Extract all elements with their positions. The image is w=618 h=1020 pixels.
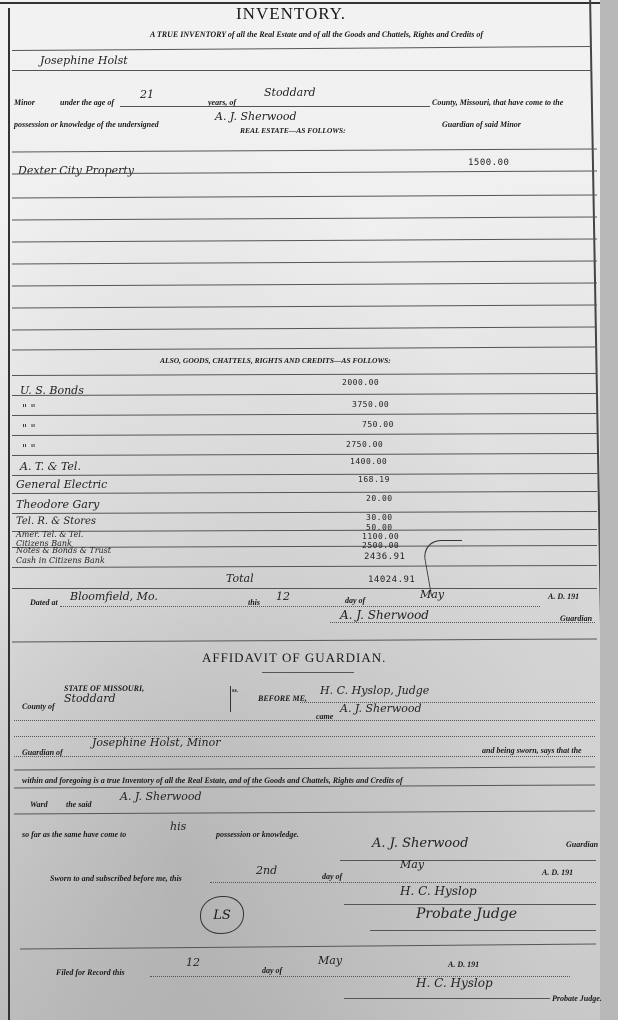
rule	[12, 588, 597, 589]
affidavit-guardian-signature: A. J. Sherwood	[372, 836, 468, 851]
total-value: 14024.91	[368, 575, 415, 585]
county-value: Stoddard	[264, 86, 316, 99]
ward-value: A. J. Sherwood	[120, 790, 202, 803]
dated-month: May	[420, 588, 444, 601]
rule	[12, 413, 597, 416]
goods-item-value: 168.19	[358, 475, 390, 484]
goods-item-value: 1400.00	[350, 457, 387, 466]
rule	[340, 860, 596, 861]
goods-item-description: " "	[22, 402, 36, 415]
goods-item-value: 2000.00	[342, 378, 379, 387]
scan-edge	[600, 0, 618, 1020]
rule	[12, 529, 597, 532]
rule	[12, 393, 597, 396]
goods-item-description: Theodore Gary	[16, 498, 99, 511]
filed-record-label: Filed for Record this	[56, 968, 125, 977]
section-divider	[20, 943, 596, 949]
rule	[12, 46, 592, 51]
ss-label: ss.	[232, 688, 238, 694]
sworn-month: May	[400, 858, 424, 871]
the-said-label: the said	[66, 800, 92, 809]
goods-heading: ALSO, GOODS, CHATTELS, RIGHTS AND CREDIT…	[160, 356, 391, 365]
judge-title: Probate Judge	[416, 906, 517, 922]
rule	[344, 904, 596, 905]
came-value: A. J. Sherwood	[340, 702, 422, 715]
filed-day: 12	[186, 956, 200, 969]
goods-item-description: " "	[22, 442, 36, 455]
dotted-rule	[60, 606, 540, 607]
judge-signature: H. C. Hyslop	[400, 884, 477, 898]
day-of-label: day of	[345, 596, 365, 605]
sworn-ad-label: A. D. 191	[542, 868, 573, 877]
goods-item-value: 2500.00	[362, 541, 399, 550]
rule	[12, 260, 597, 264]
goods-item-value: 30.00	[366, 513, 393, 522]
filed-day-of-label: day of	[262, 966, 282, 975]
rule	[12, 304, 597, 308]
section-divider	[12, 638, 597, 642]
intro-text: A TRUE INVENTORY of all the Real Estate …	[150, 30, 483, 39]
rule	[12, 511, 597, 514]
guardian-name: A. J. Sherwood	[215, 110, 297, 123]
goods-item-value: 2750.00	[346, 440, 383, 449]
goods-item-description: A. T. & Tel.	[20, 460, 81, 473]
goods-item-description: " "	[22, 422, 36, 435]
county-missouri-label: County, Missouri, that have come to the	[432, 98, 563, 107]
rule	[12, 282, 597, 286]
filed-month: May	[318, 954, 342, 967]
goods-item-value: 2436.91	[364, 552, 405, 562]
so-far-text: so far as the same have come to	[22, 830, 126, 839]
real-estate-value: 1500.00	[468, 158, 509, 168]
rule	[12, 194, 597, 198]
goods-item-value: 750.00	[362, 420, 394, 429]
sworn-day-of-label: day of	[322, 872, 342, 881]
inventory-document-page: INVENTORY. A TRUE INVENTORY of all the R…	[0, 0, 618, 1020]
rule	[14, 766, 595, 770]
rule	[14, 784, 595, 788]
goods-item-description: Cash in Citizens Bank	[16, 556, 105, 565]
dated-at-label: Dated at	[30, 598, 58, 607]
bracket	[226, 686, 231, 712]
guardian-signature: A. J. Sherwood	[340, 608, 429, 622]
within-foregoing-text: within and foregoing is a true Inventory…	[22, 776, 403, 785]
rule	[120, 106, 430, 107]
guardian-of-value: Josephine Holst, Minor	[92, 736, 220, 749]
rule	[12, 491, 597, 494]
rule	[12, 148, 597, 152]
probate-judge-label: Probate Judge.	[552, 994, 602, 1003]
county-label: County of	[22, 702, 55, 711]
rule	[14, 810, 595, 814]
rule	[12, 565, 597, 568]
goods-item-value: 3750.00	[352, 400, 389, 409]
inventory-title: INVENTORY.	[236, 4, 346, 24]
rule	[12, 473, 597, 476]
page-frame-left	[8, 8, 10, 1020]
his-value: his	[170, 820, 186, 833]
filed-ad-label: A. D. 191	[448, 960, 479, 969]
goods-item-value: 1100.00	[362, 532, 399, 541]
age-value: 21	[140, 88, 154, 101]
affidavit-county-value: Stoddard	[64, 692, 116, 705]
dated-day: 12	[276, 590, 290, 603]
guardian-of-minor-label: Guardian of said Minor	[442, 120, 521, 129]
dotted-rule	[14, 756, 595, 757]
affidavit-title: AFFIDAVIT OF GUARDIAN.	[202, 650, 386, 666]
goods-item-value: 20.00	[366, 494, 393, 503]
rule	[12, 70, 592, 71]
minor-label: Minor	[14, 98, 35, 107]
ad-label: A. D. 191	[548, 592, 579, 601]
affidavit-guardian-label: Guardian	[566, 840, 598, 849]
seal-mark: LS	[200, 896, 244, 934]
possession-knowledge-text: possession or knowledge.	[216, 830, 299, 839]
dated-place: Bloomfield, Mo.	[70, 590, 158, 603]
total-label: Total	[226, 572, 254, 585]
goods-item-description: Tel. R. & Stores	[16, 516, 96, 527]
goods-item-value: 50.00	[366, 523, 393, 532]
goods-item-description: Amer. Tel. & Tel.	[16, 530, 83, 539]
ward-label: Ward	[30, 800, 48, 809]
rule	[12, 433, 597, 436]
dotted-rule	[150, 976, 570, 977]
under-age-label: under the age of	[60, 98, 114, 107]
sworn-says-text: and being sworn, says that the	[482, 746, 582, 755]
rule	[12, 373, 597, 376]
goods-item-description: General Electric	[16, 478, 107, 491]
goods-item-description: Notes & Bonds & Trust	[16, 546, 111, 555]
rule	[12, 346, 597, 350]
filed-judge-signature: H. C. Hyslop	[416, 976, 493, 990]
real-estate-heading: REAL ESTATE—AS FOLLOWS:	[240, 126, 346, 135]
rule	[12, 453, 597, 456]
possession-label: possession or knowledge of the undersign…	[14, 120, 159, 129]
rule	[12, 326, 597, 330]
before-me-value: H. C. Hyslop, Judge	[320, 684, 429, 697]
rule	[12, 216, 597, 220]
rule	[344, 998, 550, 999]
dotted-rule	[210, 882, 596, 883]
minor-name: Josephine Holst	[40, 54, 128, 67]
rule	[262, 672, 354, 673]
sworn-day: 2nd	[256, 864, 277, 877]
dotted-rule	[14, 720, 595, 721]
real-estate-description: Dexter City Property	[18, 164, 134, 177]
dotted-rule	[330, 622, 595, 623]
sworn-subscribed-label: Sworn to and subscribed before me, this	[50, 874, 182, 883]
rule	[370, 930, 596, 931]
rule	[12, 238, 597, 242]
